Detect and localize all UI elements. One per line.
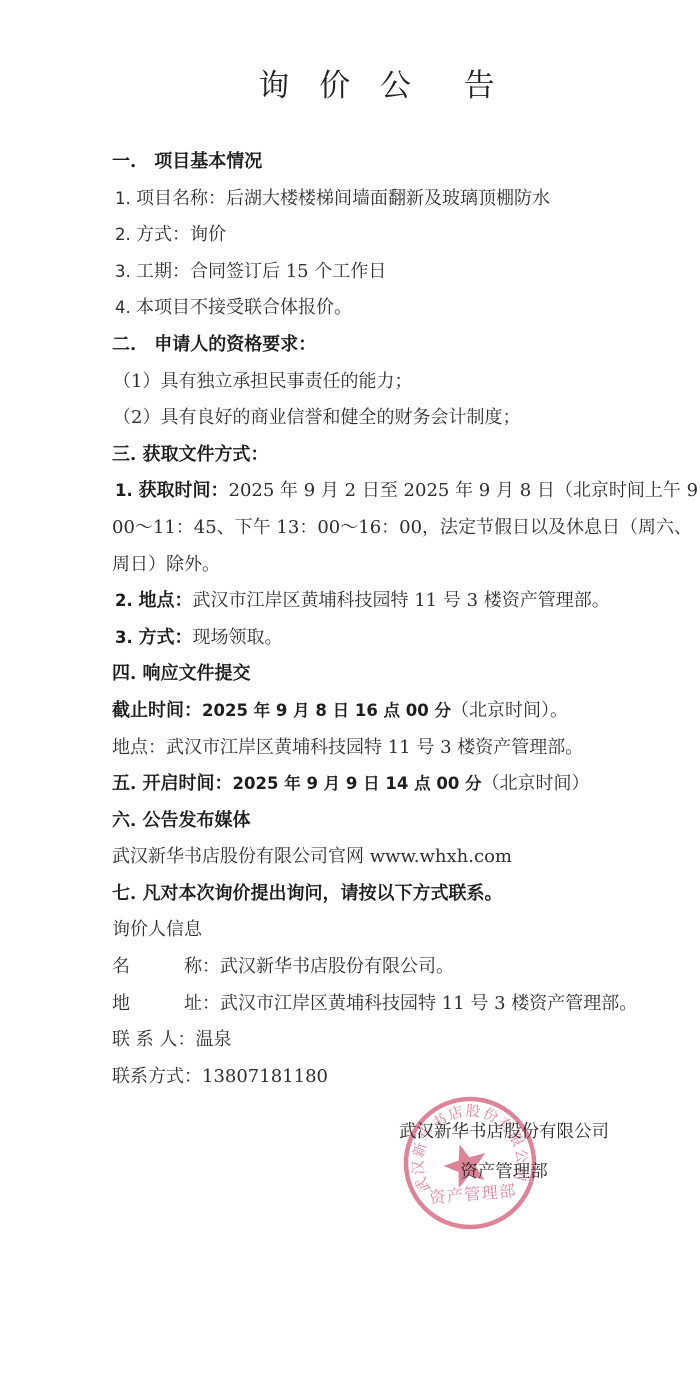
doc-line: 4. 本项目不接受联合体报价。 — [112, 290, 700, 327]
text-segment: 方式：询价 — [136, 224, 226, 245]
text-segment: （2）具有良好的商业信誉和健全的财务会计制度； — [113, 407, 520, 428]
text-segment: 3. — [115, 628, 139, 647]
text-segment: 4. — [115, 298, 136, 317]
doc-line: （2）具有良好的商业信誉和健全的财务会计制度； — [112, 400, 700, 437]
doc-line: 七. 凡对本次询价提出询问，请按以下方式联系。 — [112, 876, 700, 913]
doc-line: 地 址：武汉市江岸区黄埔科技园特 11 号 3 楼资产管理部。 — [112, 986, 700, 1023]
text-segment: 四. 响应文件提交 — [112, 663, 251, 684]
text-segment: 武汉新华书店股份有限公司官网 www.whxh.com — [112, 846, 512, 867]
text-segment: 2. — [115, 225, 136, 244]
text-segment: 一. 项目基本情况 — [112, 151, 262, 172]
doc-line: 一. 项目基本情况 — [112, 144, 700, 181]
text-segment: 2025 年 9 月 8 日 16 点 00 分 — [202, 701, 451, 720]
text-segment: 项目名称：后湖大楼楼梯间墙面翻新及玻璃顶棚防水 — [136, 188, 550, 209]
text-segment: 00～11：45、下午 13：00～16：00，法定节假日以及休息日（周六、 — [112, 517, 692, 538]
text-segment: 1. — [115, 481, 139, 500]
text-segment: 七. 凡对本次询价提出询问，请按以下方式联系。 — [112, 883, 503, 904]
text-segment: （北京时间）。 — [451, 700, 568, 721]
doc-line: 1. 获取时间：2025 年 9 月 2 日至 2025 年 9 月 8 日（北… — [112, 473, 700, 510]
doc-line: 名 称：武汉新华书店股份有限公司。 — [112, 949, 700, 986]
doc-line: 2. 地点：武汉市江岸区黄埔科技园特 11 号 3 楼资产管理部。 — [112, 583, 700, 620]
text-segment: 工期：合同签订后 15 个工作日 — [136, 261, 386, 282]
page: { "title": "询 价 公 告", "colors": { "stamp… — [0, 0, 700, 1400]
text-segment: 询价人信息 — [112, 919, 202, 940]
signature-department: 资产管理部 — [396, 1152, 612, 1192]
text-segment: 本项目不接受联合体报价。 — [136, 297, 352, 318]
document-body: 一. 项目基本情况1. 项目名称：后湖大楼楼梯间墙面翻新及玻璃顶棚防水2. 方式… — [112, 144, 700, 1095]
doc-line: 3. 工期：合同签订后 15 个工作日 — [112, 254, 700, 291]
text-segment: 五. 开启时间： — [112, 773, 233, 794]
text-segment: 联 系 人：温泉 — [112, 1029, 231, 1050]
text-segment: 2025 年 9 月 2 日至 2025 年 9 月 8 日（北京时间上午 9： — [229, 480, 700, 501]
doc-line: 二. 申请人的资格要求： — [112, 327, 700, 364]
doc-line: 周日）除外。 — [112, 547, 700, 584]
text-segment: 1. — [115, 189, 136, 208]
text-segment: 联系方式：13807181180 — [112, 1066, 328, 1087]
text-segment: （北京时间） — [482, 773, 590, 794]
text-segment: 地 址：武汉市江岸区黄埔科技园特 11 号 3 楼资产管理部。 — [112, 993, 637, 1014]
doc-line: 四. 响应文件提交 — [112, 656, 700, 693]
text-segment: 地点：武汉市江岸区黄埔科技园特 11 号 3 楼资产管理部。 — [112, 737, 583, 758]
text-segment: 三. 获取文件方式： — [112, 444, 269, 465]
doc-line: 00～11：45、下午 13：00～16：00，法定节假日以及休息日（周六、 — [112, 510, 700, 547]
text-segment: 周日）除外。 — [112, 554, 220, 575]
text-segment: 二. 申请人的资格要求： — [112, 334, 316, 355]
text-segment: （1）具有独立承担民事责任的能力； — [113, 371, 412, 392]
text-segment: 武汉市江岸区黄埔科技园特 11 号 3 楼资产管理部。 — [193, 590, 610, 611]
signature-company: 武汉新华书店股份有限公司 — [396, 1112, 612, 1152]
text-segment: 地点： — [139, 590, 193, 611]
text-segment: 2025 年 9 月 9 日 14 点 00 分 — [233, 774, 482, 793]
doc-line: 地点：武汉市江岸区黄埔科技园特 11 号 3 楼资产管理部。 — [112, 730, 700, 767]
doc-line: 3. 方式：现场领取。 — [112, 620, 700, 657]
doc-line: 截止时间：2025 年 9 月 8 日 16 点 00 分（北京时间）。 — [112, 693, 700, 730]
doc-line: 1. 项目名称：后湖大楼楼梯间墙面翻新及玻璃顶棚防水 — [112, 181, 700, 218]
text-segment: 2. — [115, 591, 139, 610]
text-segment: 获取时间： — [139, 480, 229, 501]
doc-line: 2. 方式：询价 — [112, 217, 700, 254]
text-segment: 六. 公告发布媒体 — [112, 810, 251, 831]
doc-line: （1）具有独立承担民事责任的能力； — [112, 364, 700, 401]
text-segment: 截止时间： — [112, 700, 202, 721]
doc-line: 五. 开启时间：2025 年 9 月 9 日 14 点 00 分（北京时间） — [112, 766, 700, 803]
text-segment: 方式： — [139, 627, 193, 648]
signature-block: 武汉新华书店股份有限公司 资产管理部 — [396, 1112, 612, 1192]
doc-line: 武汉新华书店股份有限公司官网 www.whxh.com — [112, 839, 700, 876]
text-segment: 现场领取。 — [193, 627, 283, 648]
text-segment: 3. — [115, 262, 136, 281]
doc-line: 联 系 人：温泉 — [112, 1022, 700, 1059]
text-segment: 名 称：武汉新华书店股份有限公司。 — [112, 956, 454, 977]
doc-line: 三. 获取文件方式： — [112, 437, 700, 474]
document-title: 询 价 公 告 — [0, 60, 700, 105]
doc-line: 六. 公告发布媒体 — [112, 803, 700, 840]
doc-line: 询价人信息 — [112, 912, 700, 949]
